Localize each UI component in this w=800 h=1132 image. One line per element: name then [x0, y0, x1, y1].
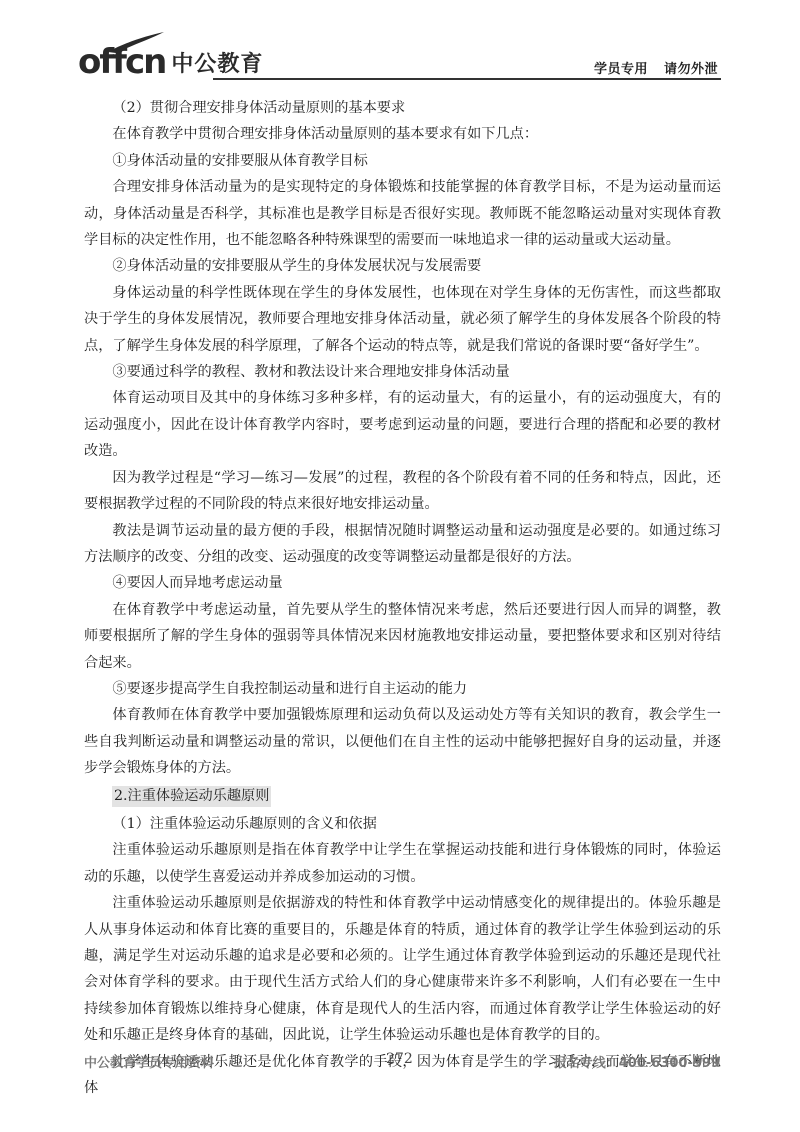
page-number: 272 — [386, 1051, 413, 1067]
logo-cn-text: 中公教育 — [171, 50, 263, 80]
header-tag-right: 请勿外泄 — [664, 62, 718, 77]
body-paragraph: 注重体验运动乐趣原则是依据游戏的特性和体育教学中运动情感变化的规律提出的。体验乐… — [84, 890, 721, 1048]
body-paragraph: 教法是调节运动量的最方便的手段，根据情况随时调整运动量和运动强度是必要的。如通过… — [84, 518, 721, 571]
footer-source: 中公教育学员专用资料 — [84, 1052, 214, 1071]
body-paragraph: 身体运动量的科学性既体现在学生的身体发展性，也体现在对学生身体的无伤害性，而这些… — [84, 280, 721, 359]
header-tag: 学员专用请勿外泄 — [594, 58, 718, 77]
list-item-4: ④要因人而异地考虑运动量 — [84, 570, 721, 596]
page-header: offcn 中公教育 学员专用请勿外泄 — [0, 0, 800, 90]
logo-swoosh-icon — [106, 30, 166, 54]
body-paragraph: 因为教学过程是“学习—练习—发展”的过程，教程的各个阶段有着不同的任务和特点，因… — [84, 465, 721, 518]
body-paragraph: 合理安排身体活动量为的是实现特定的身体锻炼和技能掌握的体育教学目标，不是为运动量… — [84, 174, 721, 253]
subheading-1-meaning: （1）注重体验运动乐趣原则的含义和依据 — [84, 811, 721, 837]
body-paragraph: 在体育教学中贯彻合理安排身体活动量原则的基本要求有如下几点： — [84, 121, 721, 147]
list-item-3: ③要通过科学的教程、教材和教法设计来合理地安排身体活动量 — [84, 359, 721, 385]
subheading-2-requirements: （2）贯彻合理安排身体活动量原则的基本要求 — [84, 95, 721, 121]
section-heading-2: 2.注重体验运动乐趣原则 — [112, 786, 271, 807]
document-body: （2）贯彻合理安排身体活动量原则的基本要求 在体育教学中贯彻合理安排身体活动量原… — [84, 95, 721, 1101]
section-heading-wrap: 2.注重体验运动乐趣原则 — [84, 783, 721, 809]
list-item-2: ②身体活动量的安排要服从学生的身体发展状况与发展需要 — [84, 253, 721, 279]
header-tag-left: 学员专用 — [594, 62, 648, 77]
list-item-1: ①身体活动量的安排要服从体育教学目标 — [84, 148, 721, 174]
body-paragraph: 体育运动项目及其中的身体练习多种多样，有的运动量大，有的运量小，有的运动强度大，… — [84, 385, 721, 464]
list-item-5: ⑤要逐步提高学生自我控制运动量和进行自主运动的能力 — [84, 676, 721, 702]
body-paragraph: 体育教师在体育教学中要加强锻炼原理和运动负荷以及运动处方等有关知识的教育，教会学… — [84, 702, 721, 781]
offcn-logo: offcn 中公教育 — [78, 36, 263, 80]
footer-hotline: 报名专线：400-6300-999 — [554, 1052, 720, 1071]
body-paragraph: 注重体验运动乐趣原则是指在体育教学中让学生在掌握运动技能和进行身体锻炼的同时，体… — [84, 837, 721, 890]
logo-latin-text: offcn — [78, 44, 165, 80]
body-paragraph: 在体育教学中考虑运动量，首先要从学生的整体情况来考虑，然后还要进行因人而异的调整… — [84, 597, 721, 676]
page-footer: 中公教育学员专用资料 272 报名专线：400-6300-999 — [0, 1045, 800, 1075]
header-rule — [213, 78, 721, 80]
